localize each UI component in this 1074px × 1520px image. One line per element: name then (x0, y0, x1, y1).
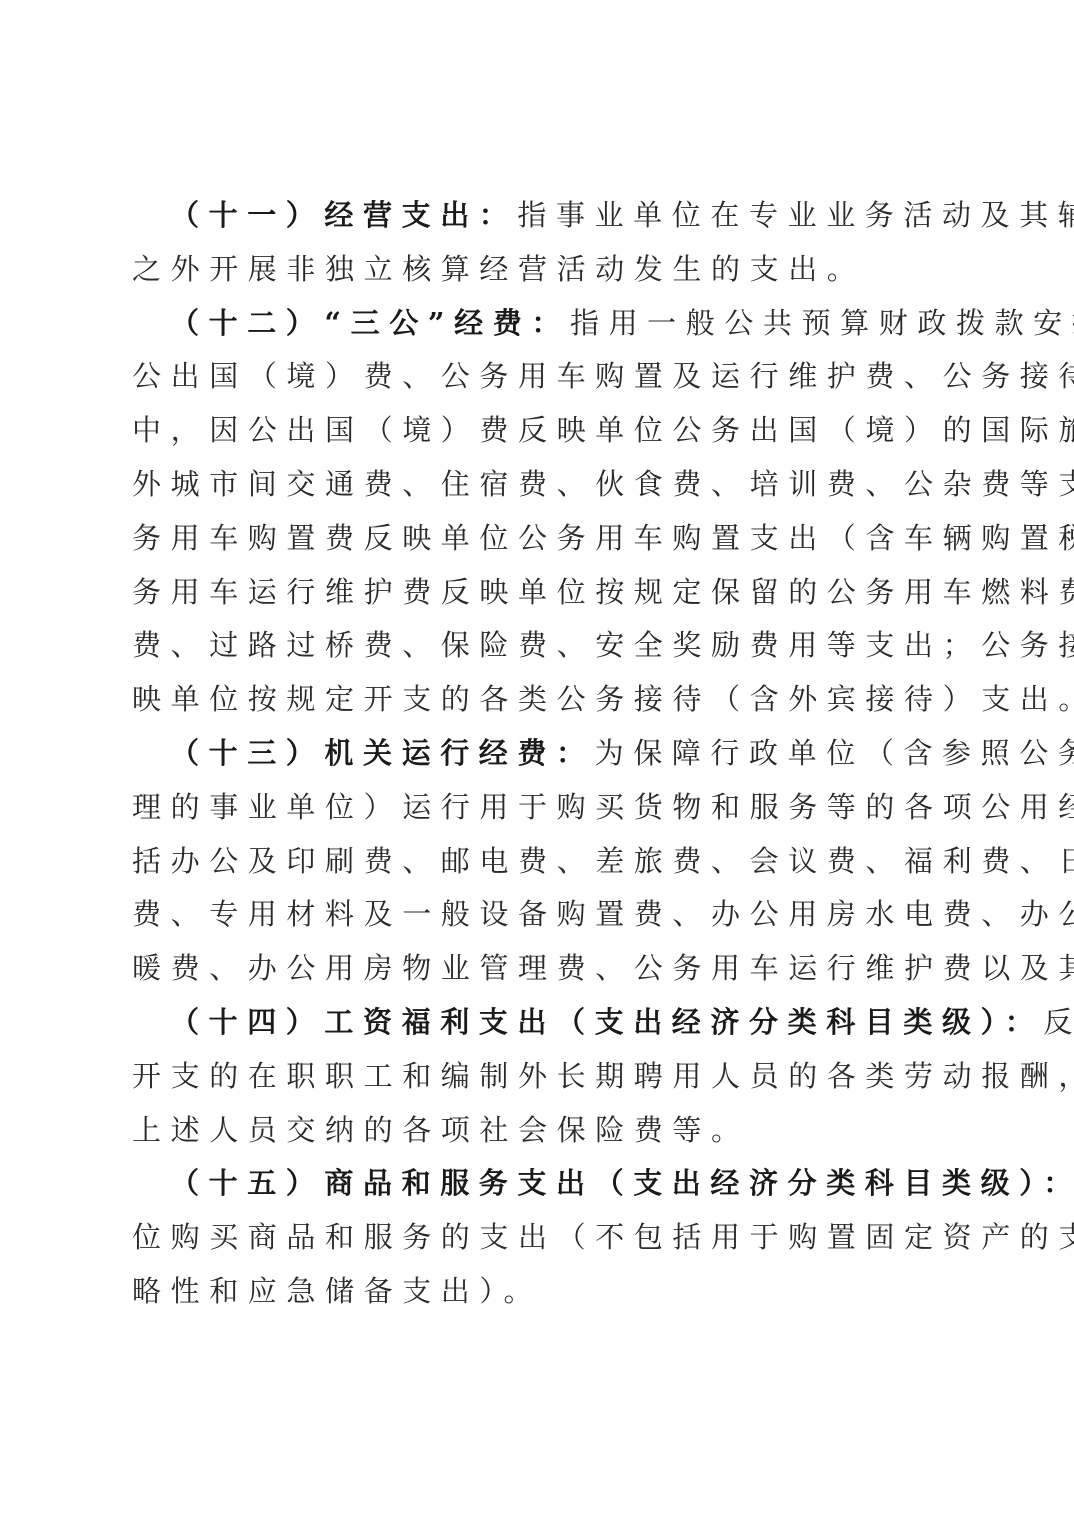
paragraph-line: 略性和应急储备支出）。 (132, 1265, 944, 1319)
paragraph-line: 务用车运行维护费反映单位按规定保留的公务用车燃料费、维修 (132, 566, 944, 620)
paragraph-line: 务用车购置费反映单位公务用车购置支出（含车辆购置税）；公 (132, 512, 944, 566)
paragraph-line: 费、专用材料及一般设备购置费、办公用房水电费、办公用房取 (132, 888, 944, 942)
paragraph-three-public-expenses: （十二）“三公”经费：指用一般公共预算财政拨款安排的因 公出国（境）费、公务用车… (132, 297, 944, 727)
paragraph-agency-operating-funds: （十三）机关运行经费：为保障行政单位（含参照公务员法管 理的事业单位）运行用于购… (132, 727, 944, 996)
paragraph-first-line: （十四）工资福利支出（支出经济分类科目类级）：反映单位 (132, 996, 944, 1050)
paragraph-line: 开支的在职职工和编制外长期聘用人员的各类劳动报酬，以及为 (132, 1050, 944, 1104)
paragraph-line: 映单位按规定开支的各类公务接待（含外宾接待）支出。 (132, 673, 944, 727)
paragraph-line: 理的事业单位）运行用于购买货物和服务等的各项公用经费，包 (132, 781, 944, 835)
paragraph-first-line: （十五）商品和服务支出（支出经济分类科目类级）：反映单 (132, 1157, 944, 1211)
paragraph-line: 中，因公出国（境）费反映单位公务出国（境）的国际旅费、国 (132, 404, 944, 458)
paragraph-line: 之外开展非独立核算经营活动发生的支出。 (132, 243, 944, 297)
paragraph-line: 上述人员交纳的各项社会保险费等。 (132, 1104, 944, 1158)
paragraph-heading: （十二）“三公”经费： (170, 306, 570, 340)
paragraph-goods-services: （十五）商品和服务支出（支出经济分类科目类级）：反映单 位购买商品和服务的支出（… (132, 1157, 944, 1318)
paragraph-operating-expenditure: （十一）经营支出：指事业单位在专业业务活动及其辅助活动 之外开展非独立核算经营活… (132, 189, 944, 297)
paragraph-first-line: （十三）机关运行经费：为保障行政单位（含参照公务员法管 (132, 727, 944, 781)
paragraph-text: 反映单位 (1043, 1005, 1074, 1039)
paragraph-text: 为保障行政单位（含参照公务员法管 (595, 736, 1074, 770)
paragraph-line: 费、过路过桥费、保险费、安全奖励费用等支出；公务接待费反 (132, 619, 944, 673)
paragraph-first-line: （十二）“三公”经费：指用一般公共预算财政拨款安排的因 (132, 297, 944, 351)
paragraph-line: 位购买商品和服务的支出（不包括用于购置固定资产的支出、战 (132, 1211, 944, 1265)
paragraph-first-line: （十一）经营支出：指事业单位在专业业务活动及其辅助活动 (132, 189, 944, 243)
paragraph-text: 指事业单位在专业业务活动及其辅助活动 (517, 198, 1074, 232)
paragraph-line: 外城市间交通费、住宿费、伙食费、培训费、公杂费等支出；公 (132, 458, 944, 512)
paragraph-heading: （十五）商品和服务支出（支出经济分类科目类级）： (170, 1166, 1074, 1200)
paragraph-line: 公出国（境）费、公务用车购置及运行维护费、公务接待费。其 (132, 350, 944, 404)
paragraph-heading: （十一）经营支出： (170, 198, 517, 232)
paragraph-heading: （十四）工资福利支出（支出经济分类科目类级）： (170, 1005, 1043, 1039)
paragraph-line: 暖费、办公用房物业管理费、公务用车运行维护费以及其他费用。 (132, 942, 944, 996)
document-page: （十一）经营支出：指事业单位在专业业务活动及其辅助活动 之外开展非独立核算经营活… (132, 189, 944, 1319)
paragraph-line: 括办公及印刷费、邮电费、差旅费、会议费、福利费、日常维护 (132, 835, 944, 889)
paragraph-heading: （十三）机关运行经费： (170, 736, 595, 770)
paragraph-wages-welfare: （十四）工资福利支出（支出经济分类科目类级）：反映单位 开支的在职职工和编制外长… (132, 996, 944, 1157)
paragraph-text: 指用一般公共预算财政拨款安排的因 (570, 306, 1074, 340)
